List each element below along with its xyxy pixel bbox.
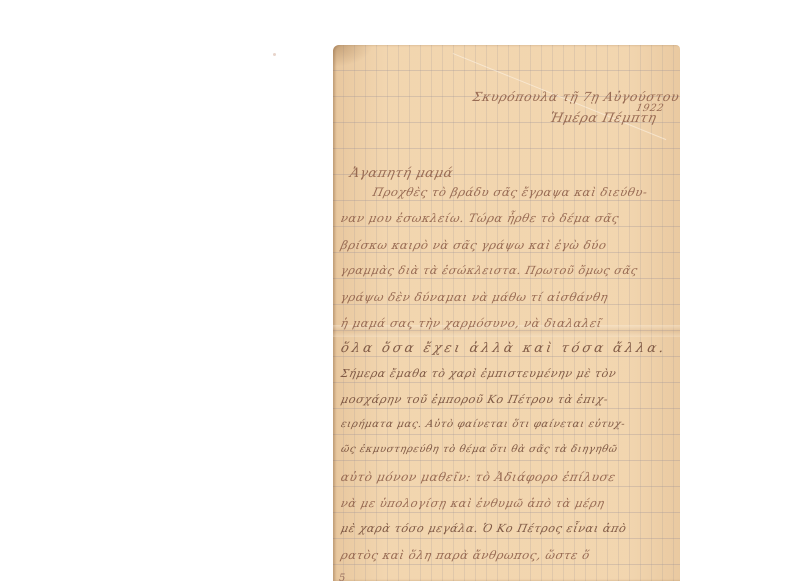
body-line: μοσχάρην τοῦ ἐμποροῦ Κο Πέτρου τὰ ἐπιχ- xyxy=(340,393,610,406)
body-line: γραμμὰς διὰ τὰ ἐσώκλειστα. Πρωτοῦ ὅμως σ… xyxy=(340,264,639,277)
body-line: Προχθὲς τὸ βράδυ σᾶς ἔγραψα καὶ διεύθυ- xyxy=(372,185,650,199)
body-line: αὐτὸ μόνον μαθεῖν: τὸ Ἀδιάφορο ἐπίλυσε xyxy=(340,470,618,484)
body-line: ρατὸς καὶ ὅλη παρὰ ἄνθρωπος, ὥστε ὅ xyxy=(340,548,592,562)
salutation: Ἀγαπητή μαμά xyxy=(348,166,454,181)
body-line: ὅλα ὅσα ἔχει ἀλλὰ καὶ τόσα ἄλλα. xyxy=(339,341,668,356)
corner-stain xyxy=(333,45,373,67)
body-line: ειρήματα μας. Αὐτὸ φαίνεται ὅτι φαίνεται… xyxy=(340,419,627,430)
body-line: ἡ μαμά σας τὴν χαρμόσυνο, νὰ διαλαλεῖ xyxy=(340,316,604,330)
body-line: γράψω δὲν δύναμαι νὰ μάθω τί αἰσθάνθη xyxy=(340,290,610,304)
scan-speck xyxy=(273,53,276,56)
body-line: ῶς ἐκμυστηρεύθη τὸ θέμα ὅτι θὰ σᾶς τὰ δι… xyxy=(340,444,619,455)
body-line: μὲ χαρὰ τόσο μεγάλα. Ὁ Κο Πέτρος εἶναι ἀ… xyxy=(340,522,628,535)
header-place-date: Σκυρόπουλα τῇ 7ῃ Αὐγούστου xyxy=(471,89,681,104)
body-line: Σήμερα ἔμαθα τὸ χαρὶ ἐμπιστευμένην μὲ τὸ… xyxy=(340,367,618,380)
body-line: ναν μου ἐσωκλείω. Τώρα ἦρθε τὸ δέμα σᾶς xyxy=(340,211,621,225)
margin-mark: 5 xyxy=(339,573,345,581)
letter-page: Σκυρόπουλα τῇ 7ῃ Αὐγούστου 1922 Ἡμέρα Πέ… xyxy=(333,45,680,581)
header-day: Ἡμέρα Πέμπτη xyxy=(548,111,658,126)
body-line: βρίσκω καιρὸ νὰ σᾶς γράψω καὶ ἐγὼ δύο xyxy=(340,238,609,252)
body-line: νὰ με ὑπολογίσῃ καὶ ἐνθυμῶ ἀπὸ τὰ μέρη xyxy=(340,496,607,510)
